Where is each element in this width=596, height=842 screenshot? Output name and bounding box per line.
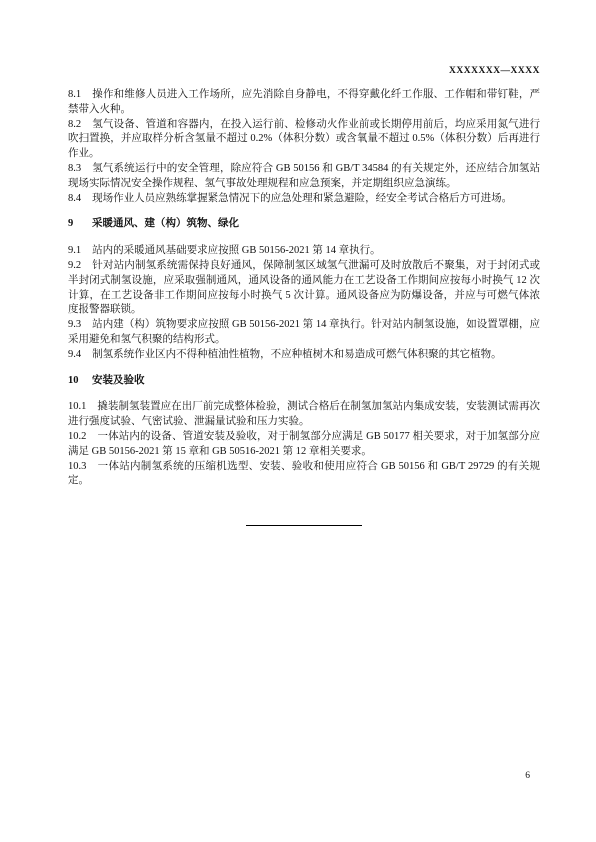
clause-text: 氢气设备、管道和容器内，在投入运行前、检修动火作业前或长期停用前后，均应采用氮气…: [68, 119, 540, 160]
end-of-text-divider-wrap: [68, 516, 540, 534]
document-page: XXXXXXX—XXXX 8.1操作和维修人员进入工作场所，应先消除自身静电，不…: [0, 0, 596, 842]
clause-8-4: 8.4现场作业人员应熟练掌握紧急情况下的应急处理和紧急避险，经安全考试合格后方可…: [68, 192, 540, 207]
clause-text: 一体站内的设备、管道安装及验收，对于制氢部分应满足 GB 50177 相关要求，…: [68, 431, 540, 457]
clause-text: 一体站内制氢系统的压缩机选型、安装、验收和使用应符合 GB 50156 和 GB…: [68, 461, 540, 487]
section-heading-9: 9采暖通风、建（构）筑物、绿化: [68, 217, 540, 232]
section-title: 采暖通风、建（构）筑物、绿化: [92, 218, 239, 229]
clause-8-3: 8.3氢气系统运行中的安全管理，除应符合 GB 50156 和 GB/T 345…: [68, 162, 540, 192]
clause-number: 10.3: [68, 461, 86, 472]
clause-10-2: 10.2一体站内的设备、管道安装及验收，对于制氢部分应满足 GB 50177 相…: [68, 430, 540, 460]
page-number: 6: [68, 771, 530, 781]
clause-number: 10.2: [68, 431, 86, 442]
clause-number: 9.3: [68, 319, 81, 330]
clause-9-4: 9.4制氢系统作业区内不得种植油性植物，不应种植树木和易造成可燃气体积聚的其它植…: [68, 348, 540, 363]
document-body: 8.1操作和维修人员进入工作场所，应先消除自身静电，不得穿戴化纤工作服、工作帽和…: [68, 88, 540, 534]
header-document-code: XXXXXXX—XXXX: [68, 66, 540, 76]
clause-text: 撬装制氢装置应在出厂前完成整体检验，测试合格后在制氢加氢站内集成安装，安装测试需…: [68, 401, 540, 427]
clause-text: 氢气系统运行中的安全管理，除应符合 GB 50156 和 GB/T 34584 …: [68, 163, 540, 189]
section-number: 9: [68, 217, 84, 232]
clause-number: 9.1: [68, 245, 81, 256]
clause-9-2: 9.2针对站内制氢系统需保持良好通风，保障制氢区域氢气泄漏可及时放散后不聚集，对…: [68, 259, 540, 318]
clause-text: 制氢系统作业区内不得种植油性植物，不应种植树木和易造成可燃气体积聚的其它植物。: [92, 349, 502, 360]
clause-text: 站内的采暖通风基础要求应按照 GB 50156-2021 第 14 章执行。: [92, 245, 380, 256]
clause-text: 操作和维修人员进入工作场所，应先消除自身静电，不得穿戴化纤工作服、工作帽和带钉鞋…: [68, 89, 540, 115]
clause-number: 9.4: [68, 349, 81, 360]
end-of-text-divider: [246, 525, 362, 526]
clause-10-1: 10.1撬装制氢装置应在出厂前完成整体检验，测试合格后在制氢加氢站内集成安装，安…: [68, 400, 540, 430]
clause-number: 10.1: [68, 401, 86, 412]
section-title: 安装及验收: [92, 375, 145, 386]
clause-text: 针对站内制氢系统需保持良好通风，保障制氢区域氢气泄漏可及时放散后不聚集，对于封闭…: [68, 260, 540, 315]
section-heading-10: 10安装及验收: [68, 374, 540, 389]
clause-10-3: 10.3一体站内制氢系统的压缩机选型、安装、验收和使用应符合 GB 50156 …: [68, 460, 540, 490]
clause-number: 8.4: [68, 193, 81, 204]
clause-8-2: 8.2氢气设备、管道和容器内，在投入运行前、检修动火作业前或长期停用前后，均应采…: [68, 118, 540, 162]
section-number: 10: [68, 374, 84, 389]
clause-text: 站内建（构）筑物要求应按照 GB 50156-2021 第 14 章执行。针对站…: [68, 319, 540, 345]
clause-8-1: 8.1操作和维修人员进入工作场所，应先消除自身静电，不得穿戴化纤工作服、工作帽和…: [68, 88, 540, 118]
clause-number: 8.2: [68, 119, 81, 130]
clause-number: 9.2: [68, 260, 81, 271]
clause-9-3: 9.3站内建（构）筑物要求应按照 GB 50156-2021 第 14 章执行。…: [68, 318, 540, 348]
clause-number: 8.3: [68, 163, 81, 174]
clause-number: 8.1: [68, 89, 81, 100]
clause-text: 现场作业人员应熟练掌握紧急情况下的应急处理和紧急避险，经安全考试合格后方可进场。: [92, 193, 512, 204]
clause-9-1: 9.1站内的采暖通风基础要求应按照 GB 50156-2021 第 14 章执行…: [68, 244, 540, 259]
